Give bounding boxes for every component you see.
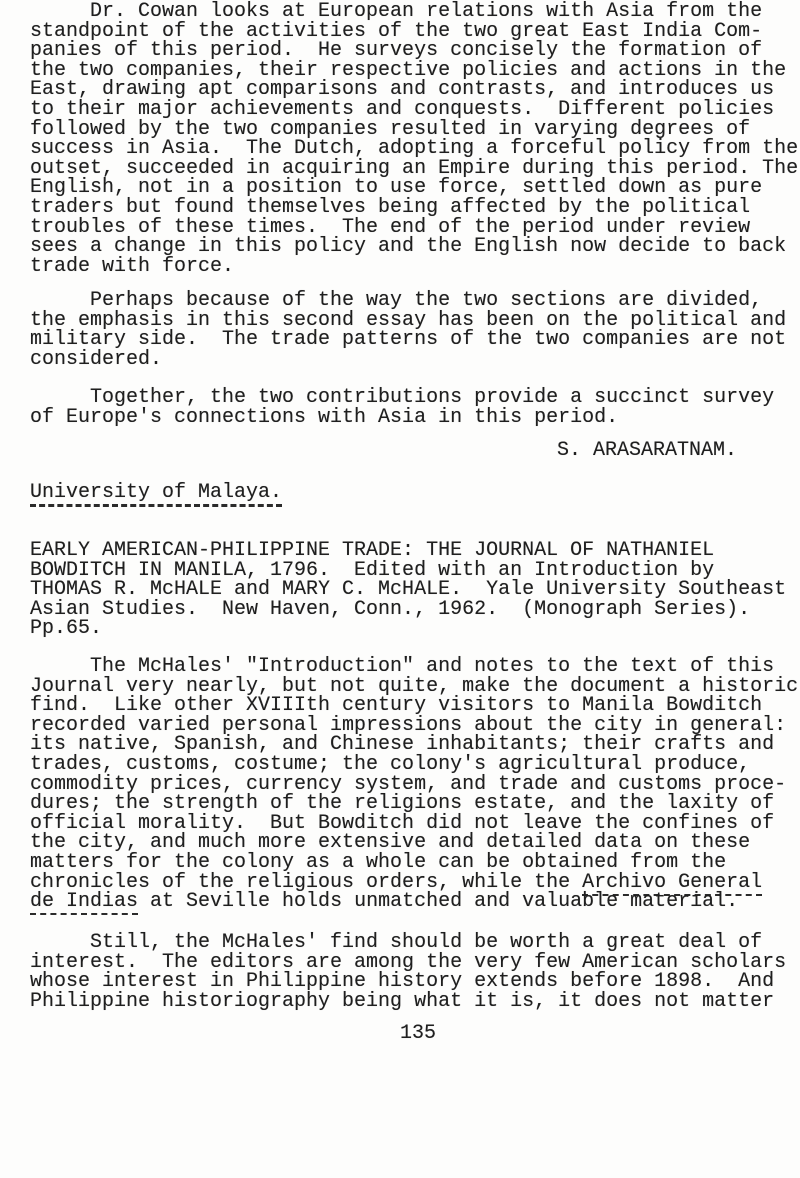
page-number: 135 xyxy=(0,1024,800,1044)
review-cowan-paragraph-summary: Dr. Cowan looks at European relations wi… xyxy=(30,2,798,276)
reviewer-signature: S. ARASARATNAM. xyxy=(557,441,737,461)
scanned-document-page: Dr. Cowan looks at European relations wi… xyxy=(0,0,800,1178)
review-bowditch-paragraph-interest: Still, the McHales' find should be worth… xyxy=(30,933,786,1011)
review-cowan-paragraph-conclusion: Together, the two contributions provide … xyxy=(30,388,774,427)
reviewer-affiliation: University of Malaya. xyxy=(30,483,282,503)
review-bowditch-heading: EARLY AMERICAN-PHILIPPINE TRADE: THE JOU… xyxy=(30,541,786,639)
paragraph-text-after-underline: at Seville holds unmatched and valuable … xyxy=(138,890,738,913)
paragraph-text-before-underline: The McHales' "Introduction" and notes to… xyxy=(30,655,798,894)
review-bowditch-paragraph-introduction: The McHales' "Introduction" and notes to… xyxy=(30,657,798,912)
affiliation-underlined-text: University of Malaya. xyxy=(30,481,282,507)
review-cowan-paragraph-emphasis: Perhaps because of the way the two secti… xyxy=(30,291,786,369)
de-indias-underlined-text: de Indias xyxy=(30,890,138,915)
